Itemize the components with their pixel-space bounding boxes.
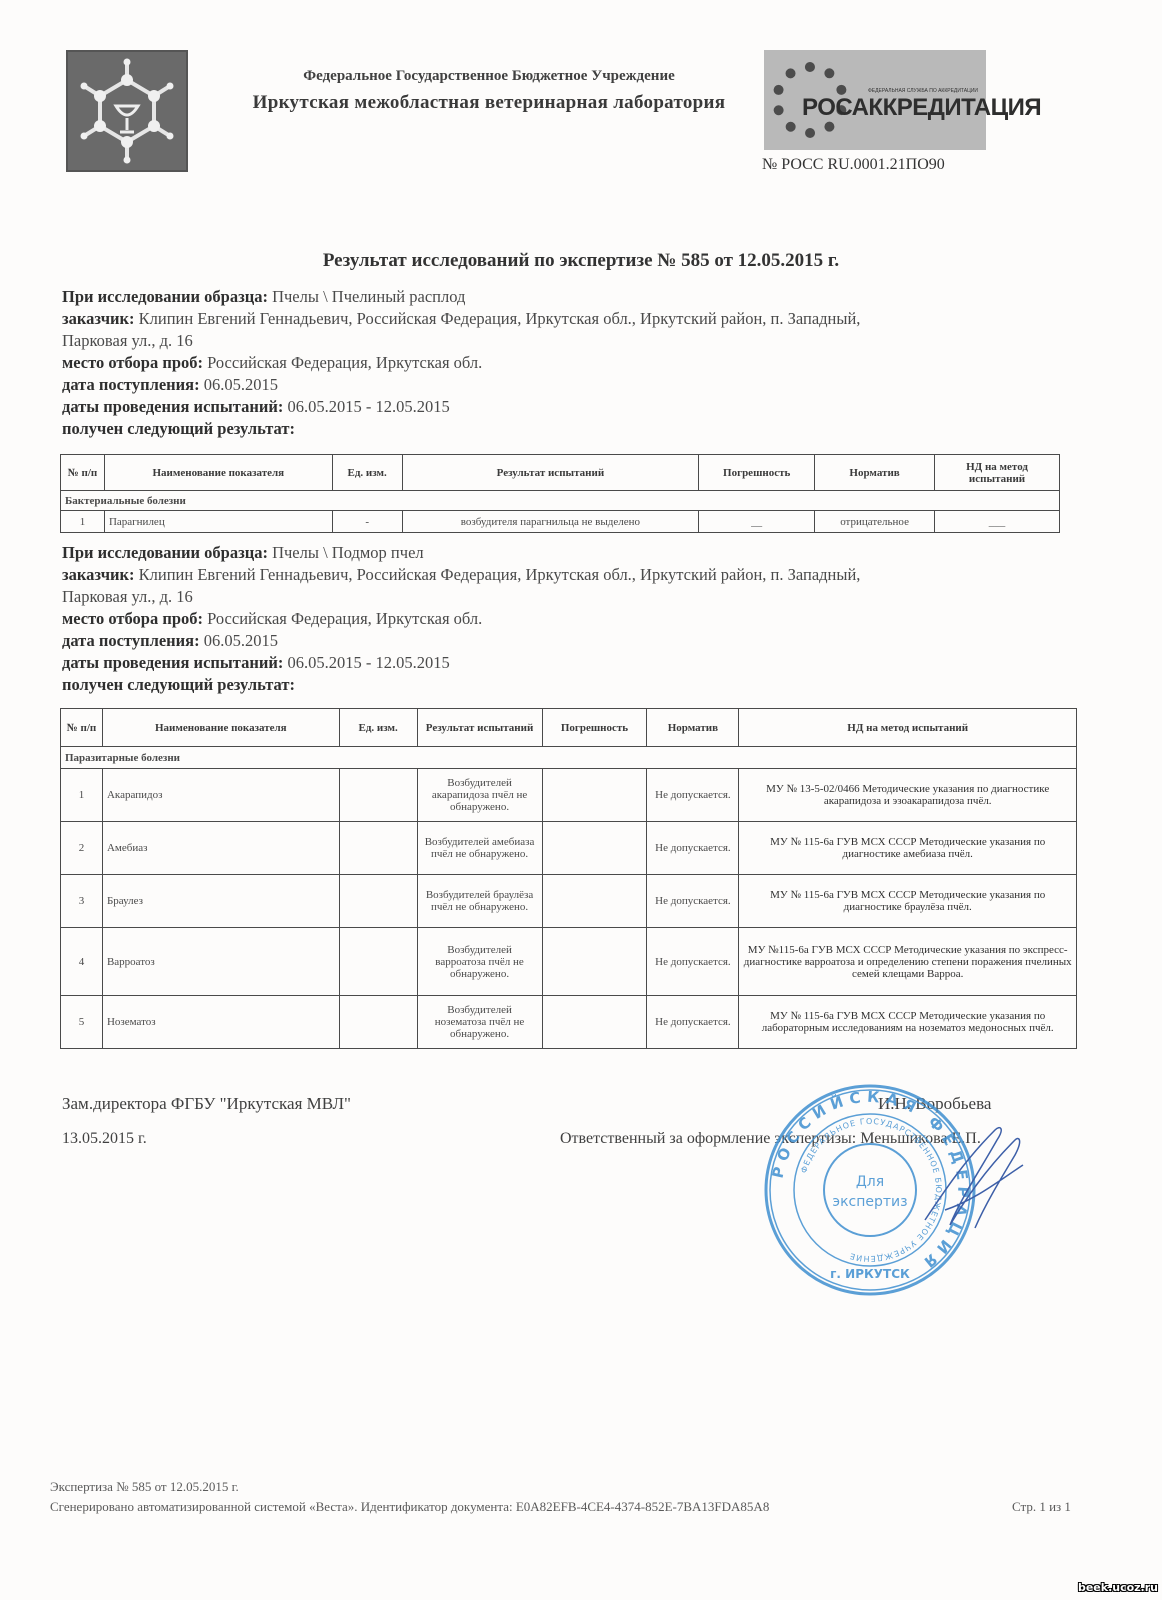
received-value: 06.05.2015 — [204, 631, 278, 650]
tests-value: 06.05.2015 - 12.05.2015 — [287, 653, 449, 672]
sample-1-info: При исследовании образца: Пчелы \ Пчелин… — [62, 286, 1062, 440]
result-label: получен следующий результат: — [62, 675, 295, 694]
customer-address: Парковая ул., д. 16 — [62, 331, 193, 350]
col-header-norm: Норматив — [815, 455, 935, 491]
table-row: 5 Нозематоз Возбудителей нозематоза пчёл… — [61, 996, 1077, 1049]
received-label: дата поступления: — [62, 631, 200, 650]
footer-generated: Сгенерировано автоматизированной системо… — [50, 1499, 769, 1515]
accreditation-name: РОСАККРЕДИТАЦИЯ — [802, 94, 1041, 122]
table-row: 1 Парагнилец - возбудителя парагнильца н… — [61, 511, 1060, 533]
cell-result: Возбудителей акарапидоза пчёл не обнаруж… — [417, 769, 542, 822]
received-label: дата поступления: — [62, 375, 200, 394]
cell-method: ___ — [935, 511, 1060, 533]
cell-norm: Не допускается. — [647, 875, 739, 928]
watermark: beek.ucoz.ru — [1078, 1581, 1158, 1594]
tests-value: 06.05.2015 - 12.05.2015 — [287, 397, 449, 416]
customer-value: Клипин Евгений Геннадьевич, Российская Ф… — [139, 309, 861, 328]
cell-unit — [339, 769, 417, 822]
customer-label: заказчик: — [62, 309, 135, 328]
handwritten-signature-icon — [905, 1110, 1035, 1240]
org-line1: Федеральное Государственное Бюджетное Уч… — [184, 68, 794, 85]
cell-norm: отрицательное — [815, 511, 935, 533]
cell-number: 1 — [61, 511, 105, 533]
cell-error — [542, 996, 647, 1049]
cell-method: МУ № 13-5-02/0466 Методические указания … — [739, 769, 1077, 822]
tests-label: даты проведения испытаний: — [62, 397, 283, 416]
place-label: место отбора проб: — [62, 609, 203, 628]
cell-number: 1 — [61, 769, 103, 822]
results-table-1: № п/п Наименование показателя Ед. изм. Р… — [60, 454, 1060, 533]
cell-unit — [339, 875, 417, 928]
svg-text:экспертиз: экспертиз — [832, 1194, 907, 1210]
col-header-error: Погрешность — [542, 709, 647, 747]
place-label: место отбора проб: — [62, 353, 203, 372]
cell-name: Браулез — [102, 875, 339, 928]
col-header-name: Наименование показателя — [102, 709, 339, 747]
table-row: 3 Браулез Возбудителей браулёза пчёл не … — [61, 875, 1077, 928]
cell-method: МУ № 115-6а ГУВ МСХ СССР Методические ук… — [739, 875, 1077, 928]
cell-name: Акарапидоз — [102, 769, 339, 822]
svg-text:г. ИРКУТСК: г. ИРКУТСК — [830, 1267, 910, 1281]
cell-norm: Не допускается. — [647, 769, 739, 822]
table-row: 4 Варроатоз Возбудителей варроатоза пчёл… — [61, 928, 1077, 996]
cell-error: __ — [699, 511, 815, 533]
cell-result: Возбудителей браулёза пчёл не обнаружено… — [417, 875, 542, 928]
col-header-error: Погрешность — [699, 455, 815, 491]
document-title: Результат исследований по экспертизе № 5… — [0, 250, 1162, 272]
accreditation-number: № РОСС RU.0001.21ПО90 — [762, 156, 945, 174]
cell-name: Амебиаз — [102, 822, 339, 875]
group-row: Паразитарные болезни — [61, 747, 1077, 769]
footer-expertise: Экспертиза № 585 от 12.05.2015 г. — [50, 1479, 239, 1495]
signature-date: 13.05.2015 г. — [62, 1130, 147, 1148]
cell-unit — [339, 996, 417, 1049]
place-value: Российская Федерация, Иркутская обл. — [207, 353, 482, 372]
cell-number: 3 — [61, 875, 103, 928]
cell-norm: Не допускается. — [647, 928, 739, 996]
cell-error — [542, 822, 647, 875]
svg-text:Для: Для — [856, 1174, 884, 1190]
cell-name: Парагнилец — [104, 511, 332, 533]
lab-logo — [66, 50, 188, 172]
sample-value: Пчелы \ Пчелиный расплод — [272, 287, 465, 306]
col-header-unit: Ед. изм. — [332, 455, 402, 491]
accreditation-logo: ФЕДЕРАЛЬНАЯ СЛУЖБА ПО АККРЕДИТАЦИИ РОСАК… — [764, 50, 986, 150]
col-header-number: № п/п — [61, 709, 103, 747]
table-row: 2 Амебиаз Возбудителей амебиаза пчёл не … — [61, 822, 1077, 875]
cell-result: Возбудителей нозематоза пчёл не обнаруже… — [417, 996, 542, 1049]
sample-label: При исследовании образца: — [62, 543, 268, 562]
col-header-result: Результат испытаний — [417, 709, 542, 747]
table-row: 1 Акарапидоз Возбудителей акарапидоза пч… — [61, 769, 1077, 822]
customer-address: Парковая ул., д. 16 — [62, 587, 193, 606]
cell-name: Варроатоз — [102, 928, 339, 996]
sample-2-info: При исследовании образца: Пчелы \ Подмор… — [62, 542, 1062, 696]
cell-result: Возбудителей варроатоза пчёл не обнаруже… — [417, 928, 542, 996]
cell-norm: Не допускается. — [647, 822, 739, 875]
cell-result: Возбудителей амебиаза пчёл не обнаружено… — [417, 822, 542, 875]
col-header-norm: Норматив — [647, 709, 739, 747]
tests-label: даты проведения испытаний: — [62, 653, 283, 672]
col-header-number: № п/п — [61, 455, 105, 491]
customer-value: Клипин Евгений Геннадьевич, Российская Ф… — [139, 565, 861, 584]
cell-number: 5 — [61, 996, 103, 1049]
cell-name: Нозематоз — [102, 996, 339, 1049]
col-header-method: НД на метод испытаний — [935, 455, 1060, 491]
col-header-name: Наименование показателя — [104, 455, 332, 491]
molecule-icon — [68, 52, 186, 170]
cell-unit — [339, 822, 417, 875]
cell-method: МУ № 115-6а ГУВ МСХ СССР Методические ук… — [739, 996, 1077, 1049]
col-header-unit: Ед. изм. — [339, 709, 417, 747]
signer-position: Зам.директора ФГБУ "Иркутская МВЛ" — [62, 1094, 351, 1114]
cell-unit: - — [332, 511, 402, 533]
cell-error — [542, 875, 647, 928]
result-label: получен следующий результат: — [62, 419, 295, 438]
received-value: 06.05.2015 — [204, 375, 278, 394]
org-line2: Иркутская межобластная ветеринарная лабо… — [184, 92, 794, 114]
cell-norm: Не допускается. — [647, 996, 739, 1049]
customer-label: заказчик: — [62, 565, 135, 584]
cell-result: возбудителя парагнильца не выделено — [402, 511, 699, 533]
page-number: Стр. 1 из 1 — [1012, 1499, 1071, 1515]
col-header-method: НД на метод испытаний — [739, 709, 1077, 747]
sample-value: Пчелы \ Подмор пчел — [272, 543, 424, 562]
cell-number: 4 — [61, 928, 103, 996]
sample-label: При исследовании образца: — [62, 287, 268, 306]
cell-error — [542, 769, 647, 822]
results-table-2: № п/п Наименование показателя Ед. изм. Р… — [60, 708, 1077, 1049]
col-header-result: Результат испытаний — [402, 455, 699, 491]
cell-number: 2 — [61, 822, 103, 875]
group-row: Бактериальные болезни — [61, 491, 1060, 511]
cell-method: МУ № 115-6а ГУВ МСХ СССР Методические ук… — [739, 822, 1077, 875]
cell-error — [542, 928, 647, 996]
place-value: Российская Федерация, Иркутская обл. — [207, 609, 482, 628]
cell-unit — [339, 928, 417, 996]
cell-method: МУ №115-6а ГУВ МСХ СССР Методические ука… — [739, 928, 1077, 996]
